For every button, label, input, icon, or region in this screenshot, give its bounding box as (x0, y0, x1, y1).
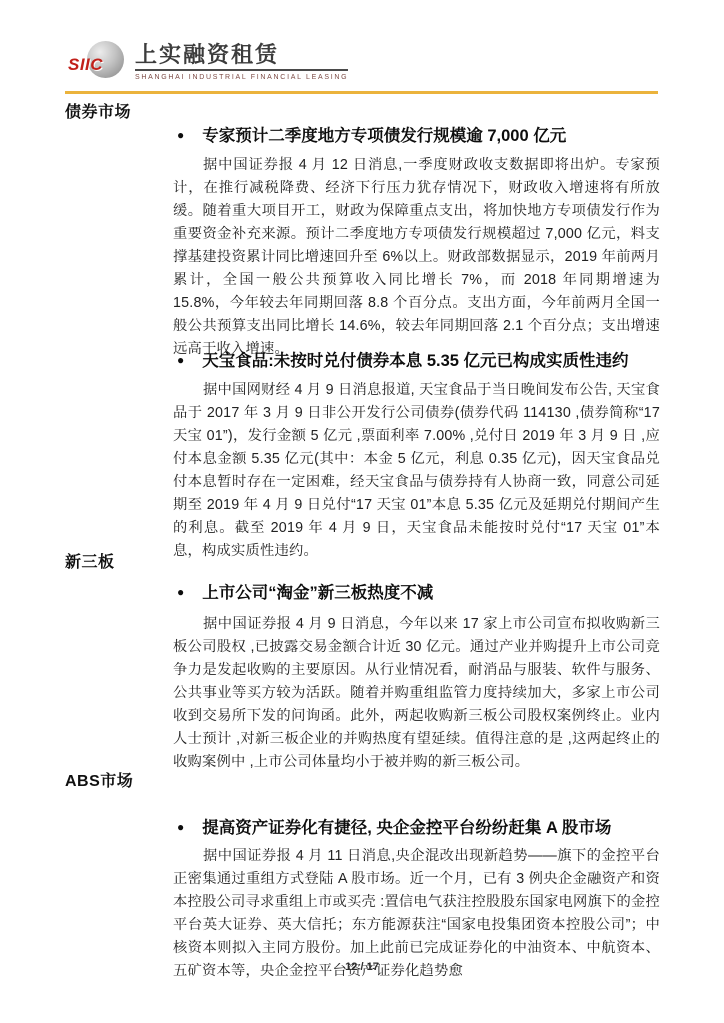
page-header: SIIC 上实融资租赁 SHANGHAI INDUSTRIAL FINANCIA… (68, 40, 348, 82)
bullet-icon: ● (177, 129, 184, 141)
article-body: 据中国证券报 4 月 9 日消息，今年以来 17 家上市公司宣布拟收购新三板公司… (173, 613, 660, 774)
headline-text: 天宝食品:未按时兑付债券本息 5.35 亿元已构成实质性违约 (202, 347, 628, 371)
bullet-icon: ● (177, 354, 184, 366)
article-body: 据中国网财经 4 月 9 日消息报道, 天宝食品于当日晚间发布公告, 天宝食品于… (173, 379, 660, 563)
company-name: 上实融资租赁 (135, 42, 348, 71)
siic-logo-abbr: SIIC (68, 55, 103, 75)
article-headline: ● 提高资产证券化有捷径, 央企金控平台纷纷赶集 A 股市场 (177, 814, 611, 838)
gold-divider-rule (65, 91, 658, 94)
section-title-abs-market: ABS市场 (65, 768, 133, 791)
article-headline: ● 专家预计二季度地方专项债发行规模逾 7,000 亿元 (177, 122, 566, 146)
article-headline: ● 天宝食品:未按时兑付债券本息 5.35 亿元已构成实质性违约 (177, 347, 629, 371)
bullet-icon: ● (177, 821, 184, 833)
article-body: 据中国证券报 4 月 12 日消息,一季度财政收支数据即将出炉。专家预计，在推行… (173, 154, 660, 361)
page-number: 12 / 17 (0, 961, 724, 973)
headline-text: 上市公司“淘金”新三板热度不减 (202, 579, 433, 603)
headline-text: 专家预计二季度地方专项债发行规模逾 7,000 亿元 (202, 122, 566, 146)
bullet-icon: ● (177, 586, 184, 598)
headline-text: 提高资产证券化有捷径, 央企金控平台纷纷赶集 A 股市场 (202, 814, 611, 838)
logo-text: 上实融资租赁 SHANGHAI INDUSTRIAL FINANCIAL LEA… (135, 40, 348, 81)
company-logo: SIIC (68, 40, 128, 82)
company-subtitle: SHANGHAI INDUSTRIAL FINANCIAL LEASING (135, 74, 348, 81)
section-title-neeq: 新三板 (65, 549, 115, 572)
article-headline: ● 上市公司“淘金”新三板热度不减 (177, 579, 433, 603)
section-title-bond-market: 债券市场 (65, 99, 131, 122)
